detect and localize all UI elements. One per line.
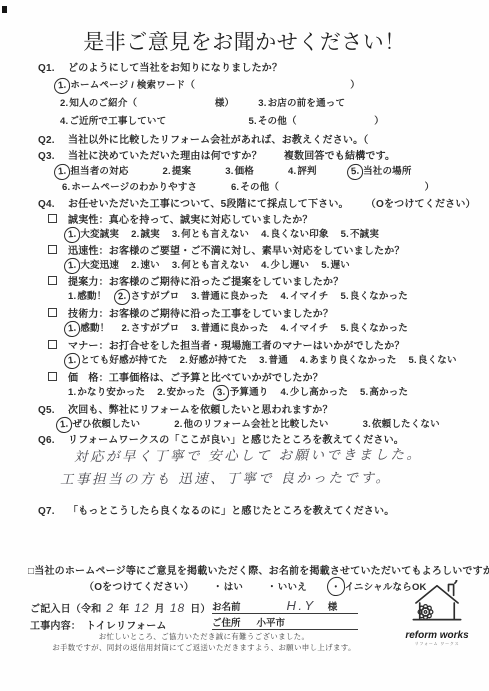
option: 5.遅い (321, 260, 350, 271)
q2-label: Q2. (38, 135, 68, 146)
option-label: イマイチ (290, 291, 329, 302)
q1-options-row1: 1.ホームページ / 検索ワード（ ） (58, 77, 372, 91)
option-label: 何とも言えない (181, 229, 249, 240)
option-label: その他（ ） (258, 116, 384, 127)
option-number: 2. (174, 419, 182, 430)
option: 2.速い (131, 260, 160, 271)
option-number: 2. (180, 355, 188, 366)
checkbox-icon (48, 308, 57, 317)
q4-item-heading: 価 格：工事価格は、ご予算と比べていかがでしたか？ (68, 373, 323, 384)
option-number: 4. (281, 291, 289, 302)
option-number: 2. (121, 323, 129, 334)
option-number: ・ (267, 582, 277, 593)
name-label: お名前 (212, 599, 241, 613)
q2-row: Q2.当社以外に比較したリフォーム会社があれば、お教えください。（ ） (38, 131, 489, 146)
q4-label: Q4. (38, 199, 68, 210)
option: 6.その他（ ） (231, 182, 434, 193)
option-label: 知人のご紹介（ 様） (69, 98, 234, 109)
option-number: 5. (341, 229, 349, 240)
q4-item-skill: 技術力：お客様のご期待に沿った工事をしていましたか？ (48, 305, 333, 320)
option-number: 2. (163, 166, 171, 177)
option-number: 3. (259, 355, 267, 366)
q4-item-proposal: 提案力：お客様のご期待に沿ったご提案をしていましたか？ (48, 273, 343, 288)
option-label: 提案 (172, 166, 191, 177)
q1-question: どのようにして当社をお知りになりましたか？ (68, 63, 282, 74)
option-number: 3. (172, 260, 180, 271)
date-row: ご記入日（令和2年12月18日） (30, 600, 211, 615)
q1-label: Q1. (38, 63, 68, 74)
option: 2.さすがプロ (118, 291, 179, 302)
option-label: 普通 (269, 355, 288, 366)
option-label: 大変迅速 (80, 260, 119, 271)
q3-options-row1: 1.担当者の対応2.提案3.価格4.評判5.当社の場所 (58, 163, 446, 177)
q1-row: Q1.どのようにして当社をお知りになりましたか？ (38, 59, 282, 74)
option: 2.好感が持てた (180, 355, 248, 366)
option-number: 3. (363, 419, 371, 430)
option-label: さすがプロ (131, 291, 180, 302)
address-field: ご住所 小平市 (212, 614, 358, 630)
option-number: 3. (258, 98, 266, 109)
q4-item-proposal-options: 1.感動！2.さすがプロ3.普通に良かった4.イマイチ5.良くなかった (68, 288, 420, 302)
logo-name: reform works (399, 631, 475, 641)
selected-option-circle-mark: 1. (53, 77, 71, 94)
option: 3.普通 (259, 355, 288, 366)
q4-row: Q4.お任せいただいた工事について、5段階にて採点して下さい。（Oをつけてくださ… (38, 195, 476, 210)
option-label: 予算通り (230, 387, 269, 398)
option: 4.ご近所で工事していて (60, 116, 225, 127)
option: 1.感動！ (68, 323, 109, 334)
option: 3.何とも言えない (172, 260, 249, 271)
option-number: 1. (68, 291, 76, 302)
option-label: 少し高かった (290, 387, 348, 398)
q3-options-row2: 6.ホームページのわかりやすさ 6.その他（ ） (62, 179, 458, 193)
option: 1.担当者の対応 (58, 166, 129, 177)
option-number: 2. (131, 260, 139, 271)
q4-item-speed-options: 1.大変迅速2.速い3.何とも言えない4.少し遅い5.遅い (68, 257, 362, 271)
q7-question: 「もっとこうしたら良くなるのに」と感じたところを教えてください。 (68, 506, 394, 517)
date-month-label: 月 (155, 604, 165, 615)
option: 6.ホームページのわかりやすさ (62, 182, 207, 193)
q3-row: Q3.当社に決めていただいた理由は何ですか？複数回答でも結構です。 (38, 147, 395, 162)
q1-options-row2: 2.知人のご紹介（ 様）3.お店の前を通って (60, 95, 369, 109)
option-number: 6. (231, 182, 239, 193)
publish-options-row: （Oをつけてください）・はい・いいえ・イニシャルならOK (84, 578, 451, 593)
scan-artifact-mark (2, 6, 7, 13)
q4-item-heading: 迅速性：お客様のご要望・ご不満に対し、素早い対応をしていましたか？ (68, 246, 405, 257)
date-year-value: 2 (106, 601, 114, 615)
option: 2.知人のご紹介（ 様） (60, 98, 234, 109)
selected-option-circle-mark: 2. (114, 288, 132, 305)
questionnaire-page: 是非ご意見をお聞かせください！ Q1.どのようにして当社をお知りになりましたか？… (0, 0, 489, 691)
work-row: 工事内容：トイレリフォーム (30, 617, 167, 632)
company-logo: reform works リフォーム ワークス (399, 580, 475, 647)
option: 3.何とも言えない (172, 229, 249, 240)
option-number: 4. (300, 355, 308, 366)
option-label: 好感が持てた (189, 355, 247, 366)
option-label: はい (224, 582, 243, 593)
q7-row: Q7.「もっとこうしたら良くなるのに」と感じたところを教えてください。 (38, 502, 394, 517)
option-label: 価格 (235, 166, 254, 177)
thanks-line2: お手数ですが、同封の返信用封筒にてご返送いただきますよう、お願い申し上げます。 (14, 642, 394, 653)
selected-option-circle-mark: ・ (326, 576, 345, 596)
option: 2.安かった (157, 387, 205, 398)
page-title: 是非ご意見をお聞かせください！ (0, 26, 489, 56)
name-field: お名前 H.Y 様 (212, 597, 358, 614)
option-number: ・ (213, 582, 223, 593)
handwritten-answer-line2: 工事担当の方も 迅速、丁寧で 良かったです。 (60, 466, 392, 488)
option-label: かなり安かった (77, 387, 145, 398)
option-number: 3. (191, 291, 199, 302)
name-value: H.Y (287, 598, 316, 613)
checkbox-icon (48, 245, 57, 254)
option-number: 3. (225, 166, 233, 177)
option-label: 高かった (369, 387, 408, 398)
option: 2.さすがプロ (121, 323, 179, 334)
option-label: 依頼したくない (372, 419, 440, 430)
option: 1.大変誠実 (68, 229, 119, 240)
publish-question: □当社のホームページ等にご意見を掲載いただく際、お名前を掲載させていただいてもよ… (28, 562, 489, 577)
option: 4.イマイチ (281, 323, 329, 334)
selected-option-circle-mark: 3. (213, 384, 231, 401)
q4-item-speed: 迅速性：お客様のご要望・ご不満に対し、素早い対応をしていましたか？ (48, 242, 405, 257)
date-label: ご記入日（令和 (30, 604, 101, 615)
option-label: 良くなかった (350, 291, 408, 302)
option-label: とても好感が持てた (80, 355, 167, 366)
option: 3.普通に良かった (191, 291, 268, 302)
option-number: 5. (360, 387, 368, 398)
option: ・はい (213, 582, 243, 593)
q4-item-sincerity-options: 1.大変誠実2.誠実3.何とも言えない4.良くない印象5.不誠実 (68, 226, 391, 240)
option-label: 速い (140, 260, 159, 271)
date-month-value: 12 (134, 601, 149, 615)
option: 3.価格 (225, 166, 254, 177)
option: ・いいえ (267, 582, 307, 593)
name-suffix: 様 (328, 599, 338, 613)
selected-option-circle-mark: 1. (63, 320, 81, 337)
option: 3.予算通り (217, 387, 268, 398)
q4-item-heading: 技術力：お客様のご期待に沿った工事をしていましたか？ (68, 309, 333, 320)
option-number: 5. (321, 260, 329, 271)
q4-note: （Oをつけてください） (371, 199, 476, 210)
option: 2.他のリフォーム会社と比較したい (174, 419, 328, 430)
q3-note: 複数回答でも結構です。 (284, 151, 395, 162)
q4-item-heading: 提案力：お客様のご期待に沿ったご提案をしていましたか？ (68, 277, 343, 288)
q4-item-heading: 誠実性：真心を持って、誠実に対応していましたか？ (68, 215, 313, 226)
option-label: 遅い (331, 260, 350, 271)
option: 1.とても好感が持てた (68, 355, 168, 366)
q7-label: Q7. (38, 506, 68, 517)
option-number: 5. (340, 291, 348, 302)
option-number: 4. (288, 166, 296, 177)
option-label: 評判 (297, 166, 316, 177)
option: 5.不誠実 (341, 229, 379, 240)
option: 4.評判 (288, 166, 317, 177)
option-label: 大変誠実 (80, 229, 119, 240)
option-label: 他のリフォーム会社と比較したい (184, 419, 329, 430)
option-number: 1. (68, 387, 76, 398)
option: 5.良くなかった (340, 291, 408, 302)
option: 4.あまり良くなかった (300, 355, 397, 366)
option-label: 当社の場所 (363, 166, 412, 177)
q4-item-skill-options: 1.感動！2.さすがプロ3.普通に良かった4.イマイチ5.良くなかった (68, 320, 420, 334)
q6-label: Q6. (38, 435, 68, 446)
date-day-label: 日） (190, 604, 210, 615)
option-number: 3. (172, 229, 180, 240)
option-label: いいえ (278, 582, 307, 593)
option: 1.ぜひ依頼したい (60, 419, 140, 430)
option-label: ぜひ依頼したい (72, 419, 140, 430)
option: 5.良くない (409, 355, 457, 366)
option-label: 不誠実 (350, 229, 379, 240)
house-gear-icon (408, 580, 466, 626)
checkbox-icon (48, 372, 57, 381)
option: 1.ホームページ / 検索ワード（ ） (58, 80, 360, 91)
option: 3.依頼したくない (363, 419, 440, 430)
option-label: ホームページのわかりやすさ (71, 182, 207, 193)
q4-item-heading: マナー：お打合せをした担当者・現場施工者のマナーはいかがでしたか？ (68, 341, 405, 352)
option: 4.良くない印象 (261, 229, 329, 240)
q4-item-sincerity: 誠実性：真心を持って、誠実に対応していましたか？ (48, 211, 313, 226)
q5-question: 次回も、弊社にリフォームを依頼したいと思われますか？ (68, 405, 333, 416)
option-label: イマイチ (290, 323, 329, 334)
checkbox-icon (48, 214, 57, 223)
option-label: ホームページ / 検索ワード（ ） (70, 80, 360, 91)
checkbox-icon (48, 276, 57, 285)
option-number: 2. (60, 98, 68, 109)
thanks-line1: お忙しいところ、ご協力いただき誠に有難うございました。 (14, 631, 394, 642)
q4-question: お任せいただいた工事について、5段階にて採点して下さい。 (68, 199, 349, 210)
option-number: 4. (281, 387, 289, 398)
option: 4.少し遅い (261, 260, 309, 271)
q5-label: Q5. (38, 405, 68, 416)
option-number: 3. (191, 323, 199, 334)
option-number: 4. (261, 229, 269, 240)
option: 5.高かった (360, 387, 408, 398)
option-number: 2. (157, 387, 165, 398)
q4-item-manner: マナー：お打合せをした担当者・現場施工者のマナーはいかがでしたか？ (48, 337, 405, 352)
publish-note: （Oをつけてください） (84, 582, 189, 593)
option-number: 4. (60, 116, 68, 127)
option-number: 2. (131, 229, 139, 240)
option-number: 6. (62, 182, 70, 193)
option: 4.少し高かった (281, 387, 349, 398)
option: 1.かなり安かった (68, 387, 145, 398)
option-number: 5. (340, 323, 348, 334)
checkbox-icon (48, 340, 57, 349)
option-label: あまり良くなかった (309, 355, 396, 366)
option-label: 安かった (167, 387, 206, 398)
option: 3.お店の前を通って (258, 98, 345, 109)
option-label: 良くない印象 (270, 229, 328, 240)
option: 1.感動！ (68, 291, 106, 302)
option: 4.イマイチ (281, 291, 329, 302)
option-number: 4. (281, 323, 289, 334)
option-label: 普通に良かった (201, 323, 269, 334)
q3-label: Q3. (38, 151, 68, 162)
q5-row: Q5.次回も、弊社にリフォームを依頼したいと思われますか？ (38, 401, 333, 416)
q5-options: 1.ぜひ依頼したい2.他のリフォーム会社と比較したい3.依頼したくない (60, 416, 474, 430)
option-label: 良くない (418, 355, 457, 366)
option-label: 普通に良かった (201, 291, 269, 302)
q2-question: 当社以外に比較したリフォーム会社があれば、お教えください。（ ） (68, 135, 489, 146)
option-label: 担当者の対応 (70, 166, 128, 177)
selected-option-circle-mark: 1. (63, 352, 81, 369)
handwritten-answer-line1: 対応が早く丁寧で 安心して お願いできました。 (74, 443, 423, 465)
q1-options-row3: 4.ご近所で工事していて 5.その他（ ） (60, 113, 408, 127)
option-label: お店の前を通って (268, 98, 346, 109)
q3-question: 当社に決めていただいた理由は何ですか？ (68, 151, 262, 162)
address-value: 小平市 (257, 615, 286, 629)
date-year-label: 年 (119, 604, 129, 615)
option: 5.当社の場所 (351, 166, 412, 177)
q4-item-manner-options: 1.とても好感が持てた2.好感が持てた3.普通4.あまり良くなかった5.良くない (68, 352, 469, 366)
date-day-value: 18 (170, 601, 185, 615)
option: 2.提案 (163, 166, 192, 177)
option-label: ご近所で工事していて (69, 116, 224, 127)
option: 2.誠実 (131, 229, 160, 240)
option-label: 少し遅い (270, 260, 309, 271)
option: 5.良くなかった (340, 323, 408, 334)
address-label: ご住所 (212, 615, 241, 629)
option-label: さすがプロ (131, 323, 180, 334)
option-label: 良くなかった (350, 323, 408, 334)
logo-tagline: リフォーム ワークス (407, 642, 468, 647)
q4-item-price: 価 格：工事価格は、ご予算と比べていかがでしたか？ (48, 369, 323, 384)
option-label: 誠実 (140, 229, 159, 240)
option-label: 何とも言えない (181, 260, 249, 271)
option-label: 感動！ (80, 323, 109, 334)
option: 1.大変迅速 (68, 260, 119, 271)
option-number: 5. (409, 355, 417, 366)
option: 3.普通に良かった (191, 323, 268, 334)
option: 5.その他（ ） (249, 116, 384, 127)
option-label: その他（ ） (240, 182, 434, 193)
option-label: 感動！ (77, 291, 106, 302)
option-number: 5. (249, 116, 257, 127)
q4-item-price-options: 1.かなり安かった2.安かった3.予算通り4.少し高かった5.高かった (68, 384, 420, 398)
option-number: 4. (261, 260, 269, 271)
